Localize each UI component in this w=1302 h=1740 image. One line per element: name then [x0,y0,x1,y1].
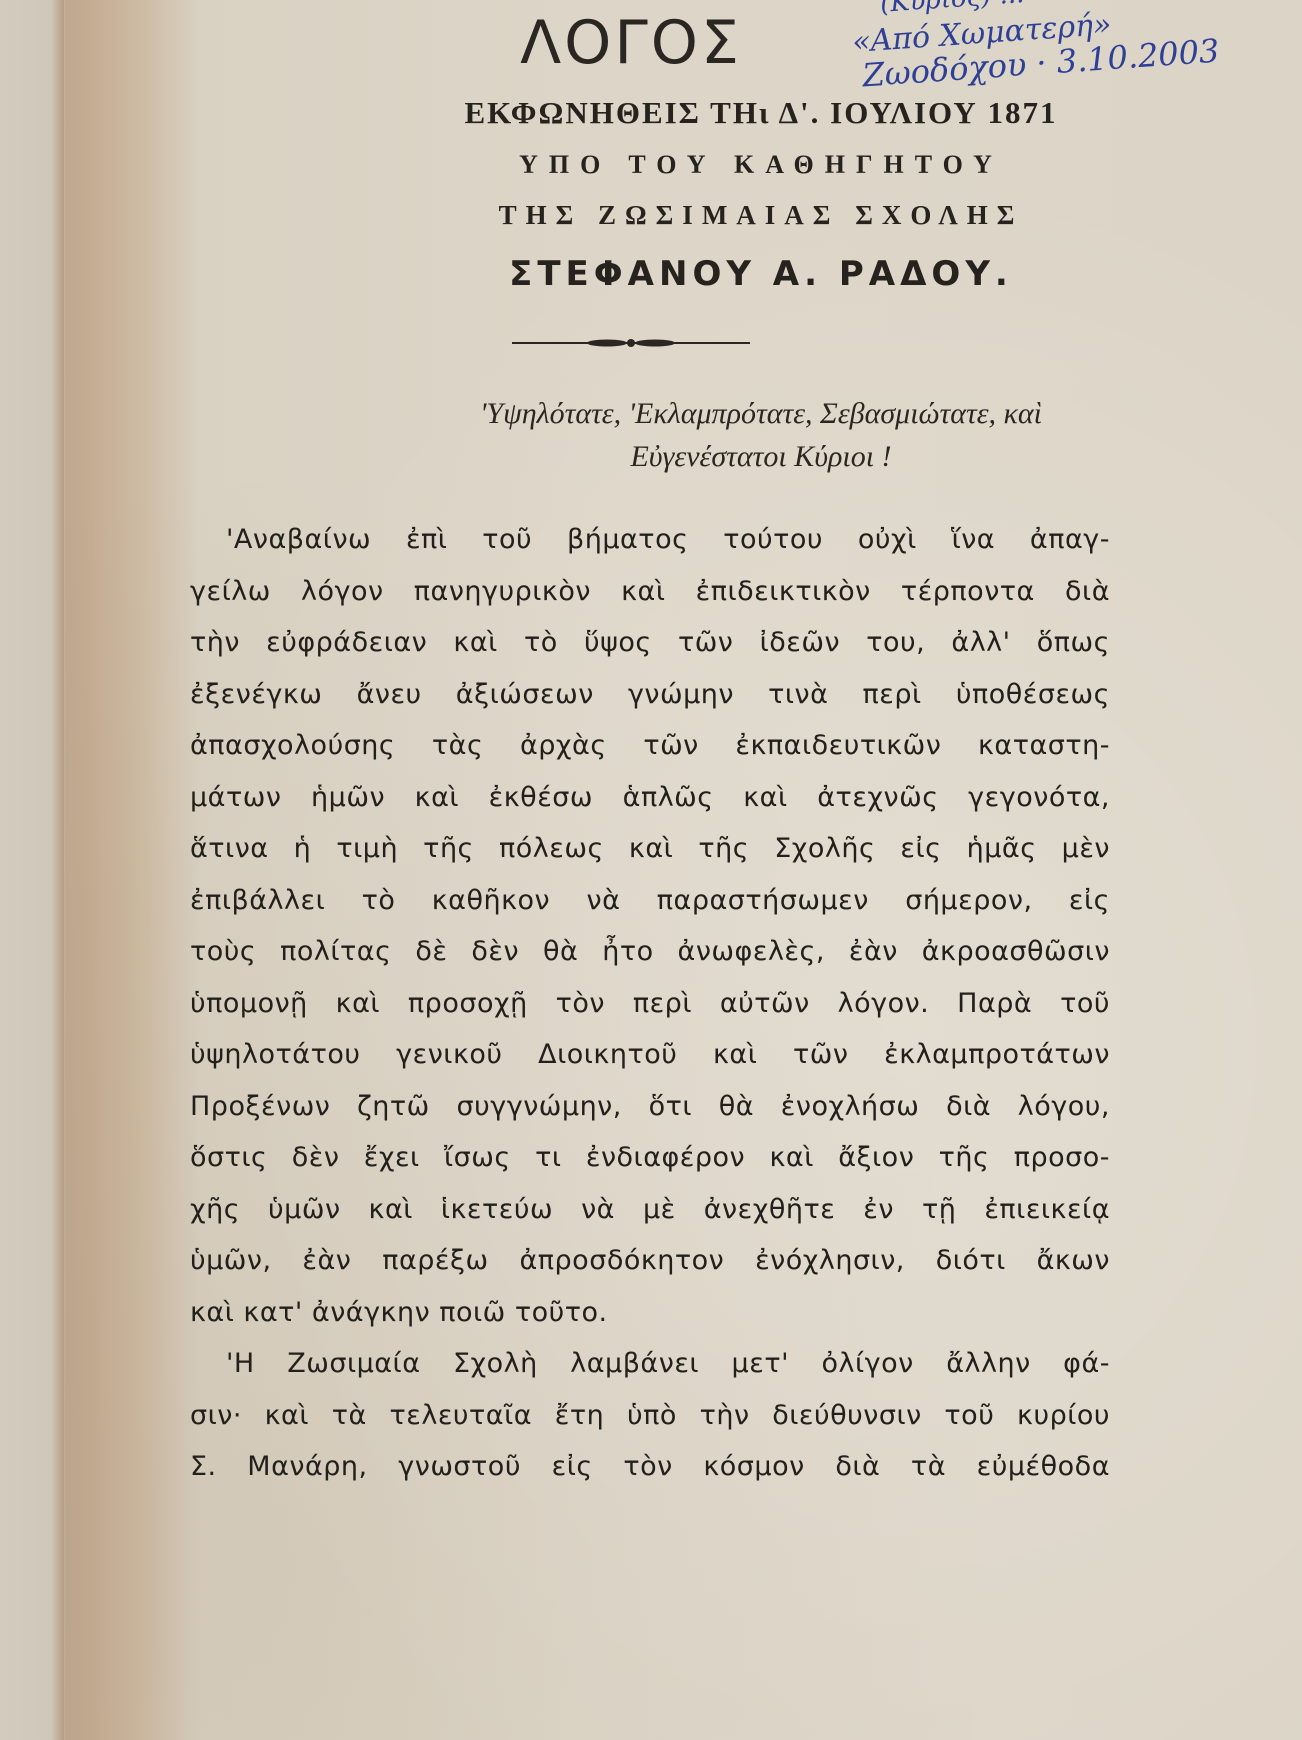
body-line: 'Αναβαίνω ἐπὶ τοῦ βήματος τούτου οὐχὶ ἵν… [190,514,1110,566]
body-line: Σ. Μανάρη, γνωστοῦ εἰς τὸν κόσμον διὰ τὰ… [190,1441,1110,1493]
body-line: ὑπομονῇ καὶ προσοχῇ τὸν περὶ αὐτῶν λόγον… [190,978,1110,1030]
book-page: (Κύριος) ... «Από Χωματερή» Ζωοδόχου · 3… [0,0,1302,1740]
body-line: χῆς ὑμῶν καὶ ἱκετεύω νὰ μὲ ἀνεχθῆτε ἐν τ… [190,1184,1110,1236]
body-line: ὑμῶν, ἐὰν παρέξω ἀπροσδόκητον ἐνόχλησιν,… [190,1235,1110,1287]
body-line: τὴν εὐφράδειαν καὶ τὸ ὕψος τῶν ἰδεῶν του… [190,617,1110,669]
body-line: Προξένων ζητῶ συγγνώμην, ὅτι θὰ ἐνοχλήσω… [190,1081,1110,1133]
body-line: ἅτινα ἡ τιμὴ τῆς πόλεως καὶ τῆς Σχολῆς ε… [190,823,1110,875]
address-line-1: 'Υψηλότατε, 'Εκλαμπρότατε, Σεβασμιώτατε,… [110,397,1302,431]
author-name: ΣΤΕΦΑΝΟΥ Α. ΡΑΔΟΥ. [110,254,1302,294]
subtitle-by-professor: ΥΠΟ ΤΟΥ ΚΑΘΗΓΗΤΟΥ [110,150,1302,180]
address-line-2: Εὐγενέστατοι Κύριοι ! [110,440,1302,474]
body-line: τοὺς πολίτας δὲ δὲν θὰ ἦτο ἀνωφελὲς, ἐὰν… [190,926,1110,978]
body-line: ἀπασχολούσης τὰς ἀρχὰς τῶν ἐκπαιδευτικῶν… [190,720,1110,772]
body-line: ὅστις δὲν ἔχει ἴσως τι ἐνδιαφέρον καὶ ἄξ… [190,1132,1110,1184]
body-line: γείλω λόγον πανηγυρικὸν καὶ ἐπιδεικτικὸν… [190,566,1110,618]
body-line: μάτων ἡμῶν καὶ ἐκθέσω ἁπλῶς καὶ ἀτεχνῶς … [190,772,1110,824]
body-line: ἐπιβάλλει τὸ καθῆκον νὰ παραστήσωμεν σήμ… [190,875,1110,927]
page-title: ΛΟΓΟΣ [498,8,764,78]
ornament-rule-icon [512,338,750,348]
page-content: (Κύριος) ... «Από Χωματερή» Ζωοδόχου · 3… [0,0,1302,1740]
body-text: 'Αναβαίνω ἐπὶ τοῦ βήματος τούτου οὐχὶ ἵν… [190,514,1110,1493]
body-line: 'Η Ζωσιμαία Σχολὴ λαμβάνει μετ' ὀλίγον ἄ… [190,1338,1110,1390]
body-line: καὶ κατ' ἀνάγκην ποιῶ τοῦτο. [190,1287,1110,1339]
subtitle-delivery-date: ΕΚΦΩΝΗΘΕΙΣ ΤΗι Δ'. ΙΟΥΛΙΟΥ 1871 [110,95,1302,131]
subtitle-school: ΤΗΣ ΖΩΣΙΜΑΙΑΣ ΣΧΟΛΗΣ [110,200,1302,231]
body-line: ἐξενέγκω ἄνευ ἀξιώσεων γνώμην τινὰ περὶ … [190,669,1110,721]
body-line: ὑψηλοτάτου γενικοῦ Διοικητοῦ καὶ τῶν ἐκλ… [190,1029,1110,1081]
body-line: σιν· καὶ τὰ τελευταῖα ἔτη ὑπὸ τὴν διεύθυ… [190,1390,1110,1442]
